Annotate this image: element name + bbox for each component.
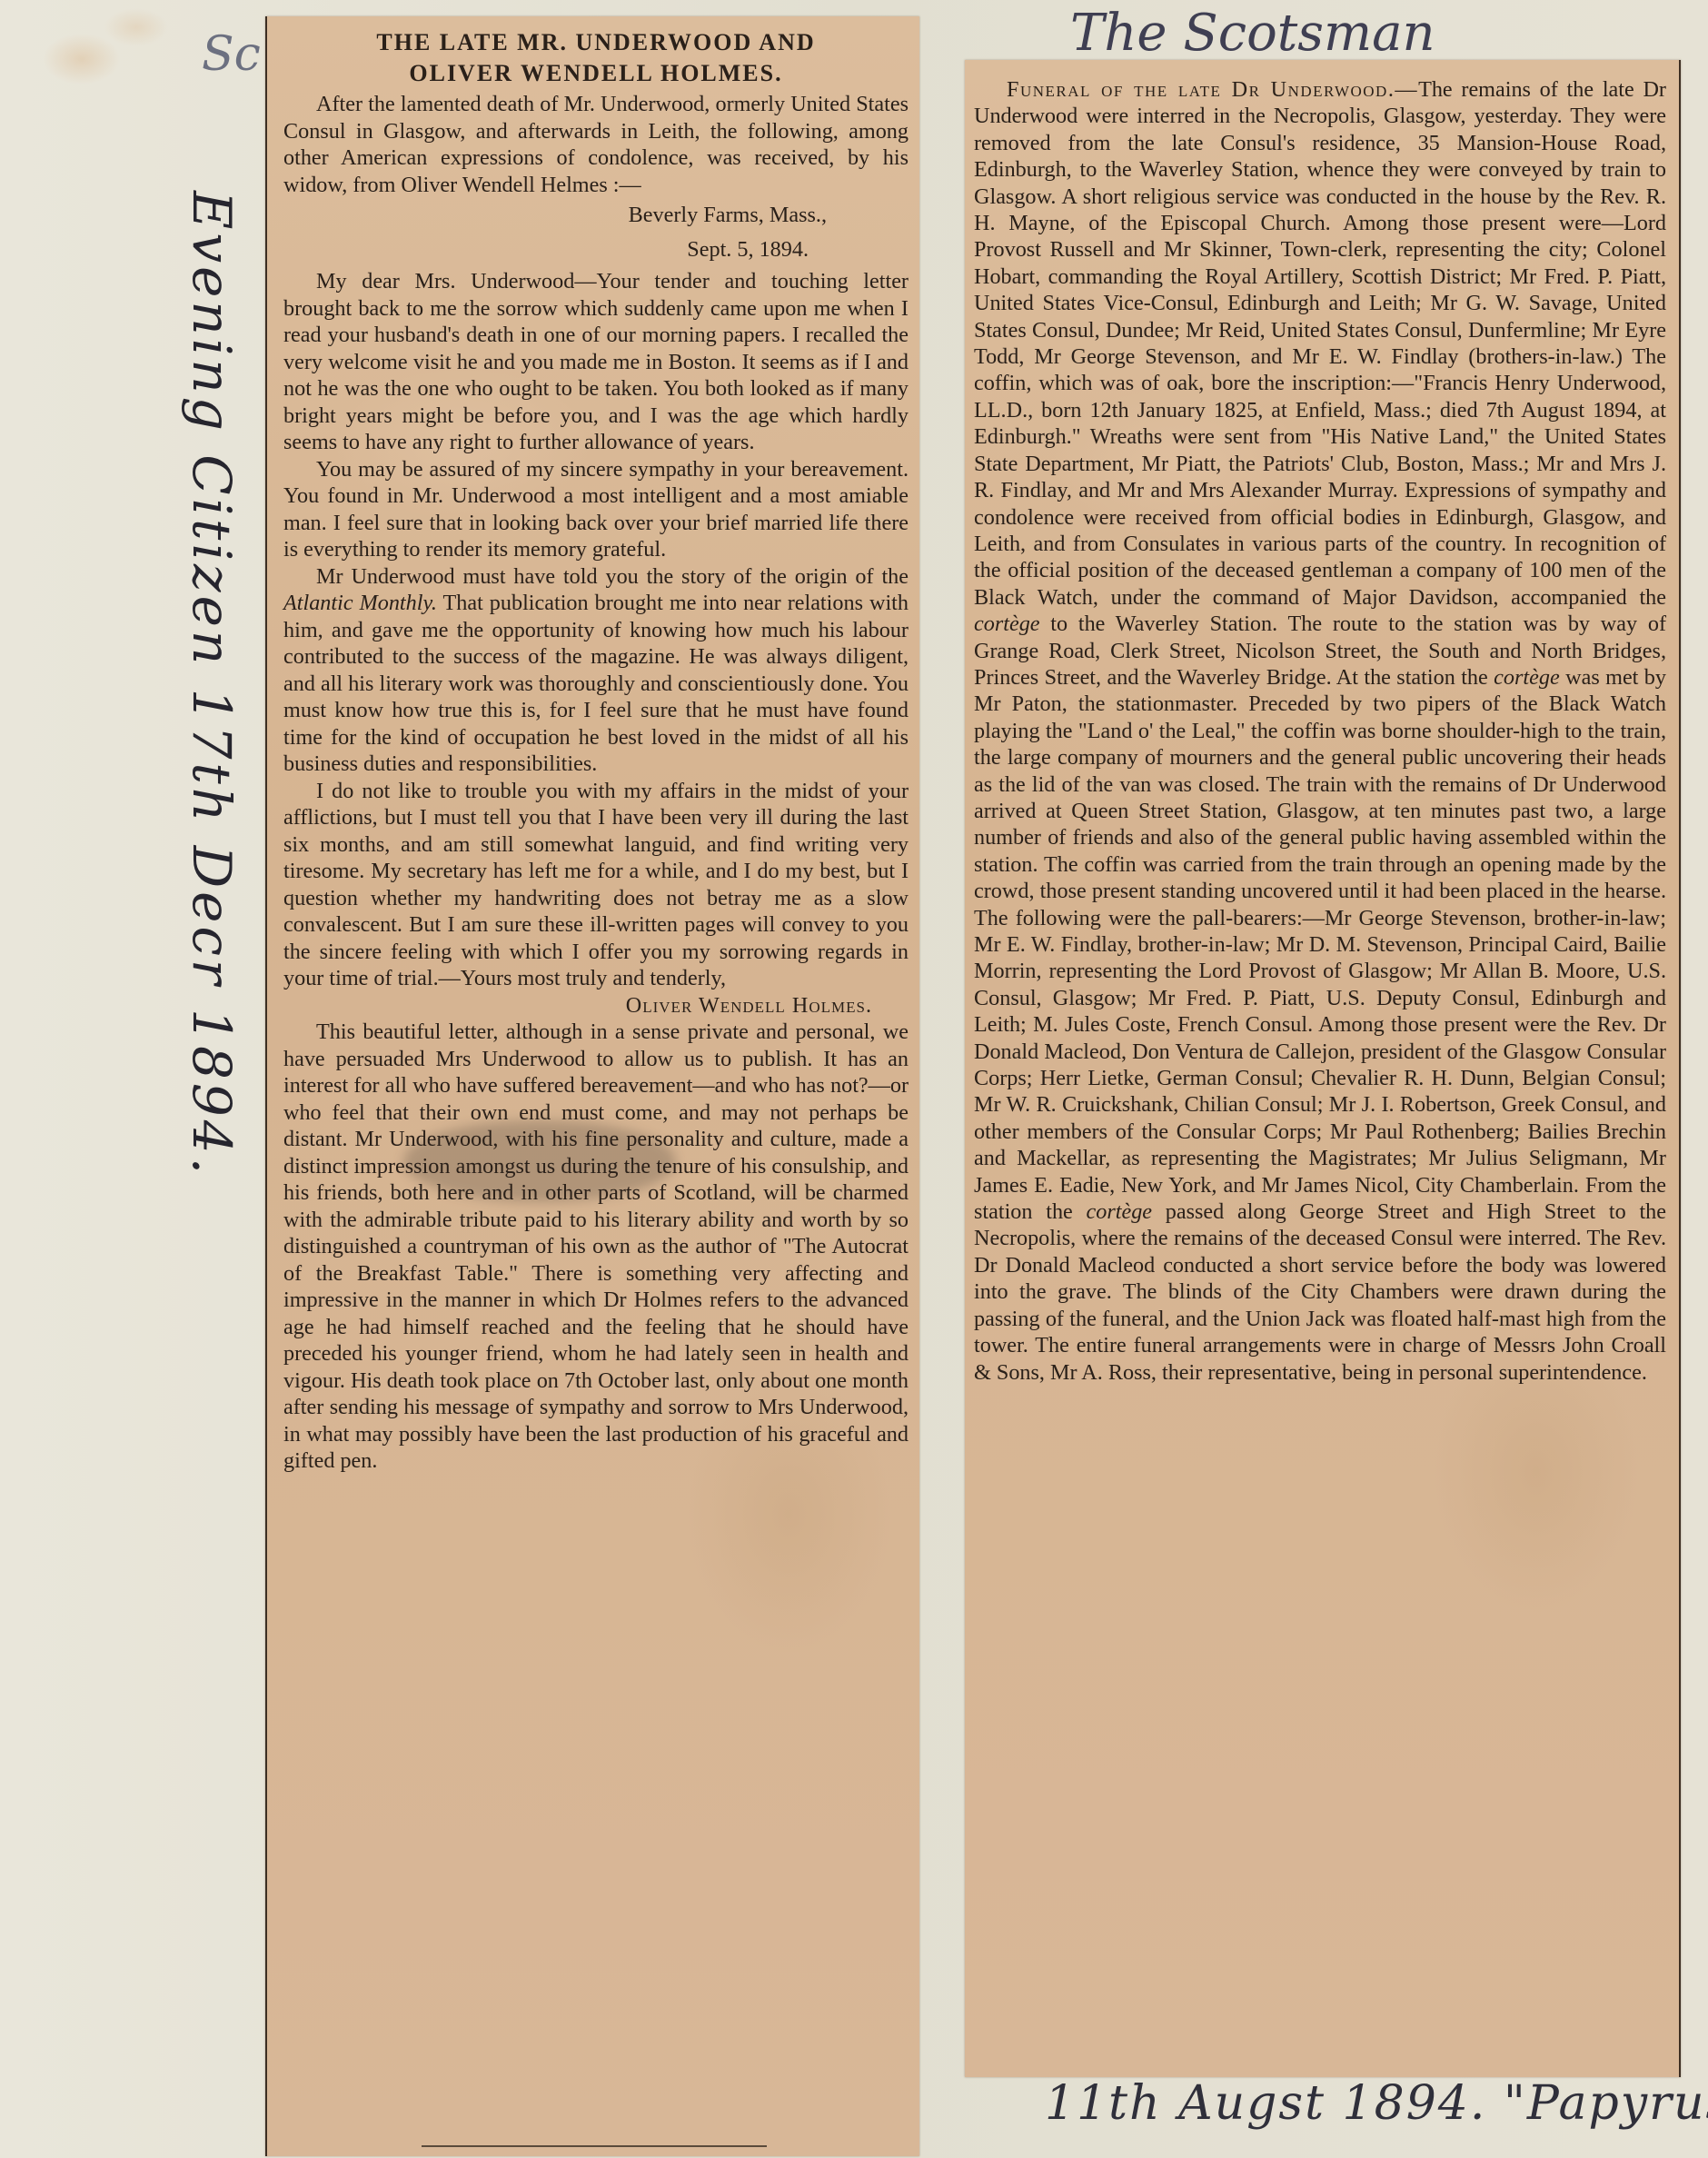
letter-dateline-place: Beverly Farms, Mass., bbox=[283, 202, 909, 229]
text-run: The remains of the late Dr Underwood wer… bbox=[974, 77, 1666, 610]
text-run: Mr Underwood must have told you the stor… bbox=[316, 564, 909, 589]
letter-paragraph-2: You may be assured of my sincere sympath… bbox=[283, 456, 909, 563]
letter-paragraph-4: I do not like to trouble you with my aff… bbox=[283, 778, 909, 992]
intro-paragraph: After the lamented death of Mr. Underwoo… bbox=[283, 91, 909, 198]
text-run: was met by Mr Paton, the stationmaster. … bbox=[974, 665, 1666, 1224]
letter-signature: Oliver Wendell Holmes. bbox=[283, 992, 909, 1019]
letter-dateline-date: Sept. 5, 1894. bbox=[283, 236, 909, 264]
italic-word: cortège bbox=[1494, 665, 1560, 690]
commentary-paragraph: This beautiful letter, although in a sen… bbox=[283, 1019, 909, 1475]
article-funeral-report: Funeral of the late Dr Underwood.—The re… bbox=[974, 76, 1666, 1386]
handwritten-note-partial: Sc bbox=[202, 27, 261, 82]
column-end-rule bbox=[422, 2145, 767, 2147]
text-run: passed along George Street and High Stre… bbox=[974, 1199, 1666, 1384]
newspaper-clipping-holmes-letter: THE LATE MR. UNDERWOOD AND OLIVER WENDEL… bbox=[265, 16, 919, 2156]
handwritten-date-papyrus: 11th Augst 1894. "Papyrus" bbox=[1045, 2076, 1708, 2131]
headline-line-2: OLIVER WENDELL HOLMES. bbox=[283, 60, 909, 87]
headline-line-1: THE LATE MR. UNDERWOOD AND bbox=[283, 29, 909, 56]
letter-paragraph-3: Mr Underwood must have told you the stor… bbox=[283, 563, 909, 778]
funeral-paragraph: Funeral of the late Dr Underwood.—The re… bbox=[974, 76, 1666, 1386]
letter-paragraph-1: My dear Mrs. Underwood—Your tender and t… bbox=[283, 268, 909, 456]
article-holmes-letter: THE LATE MR. UNDERWOOD AND OLIVER WENDEL… bbox=[283, 29, 909, 1475]
italic-word: cortège bbox=[974, 612, 1040, 636]
funeral-headline: Funeral of the late Dr Underwood.— bbox=[1007, 77, 1418, 102]
handwritten-source-scotsman: The Scotsman bbox=[1070, 4, 1435, 63]
publication-title: Atlantic Monthly. bbox=[283, 591, 437, 615]
newspaper-clipping-funeral-report: Funeral of the late Dr Underwood.—The re… bbox=[965, 60, 1681, 2077]
handwritten-source-evening-citizen: Evening Citizen 17th Decr 1894. bbox=[181, 191, 243, 1178]
italic-word: cortège bbox=[1087, 1199, 1153, 1224]
text-run: That publication brought me into near re… bbox=[283, 591, 909, 776]
